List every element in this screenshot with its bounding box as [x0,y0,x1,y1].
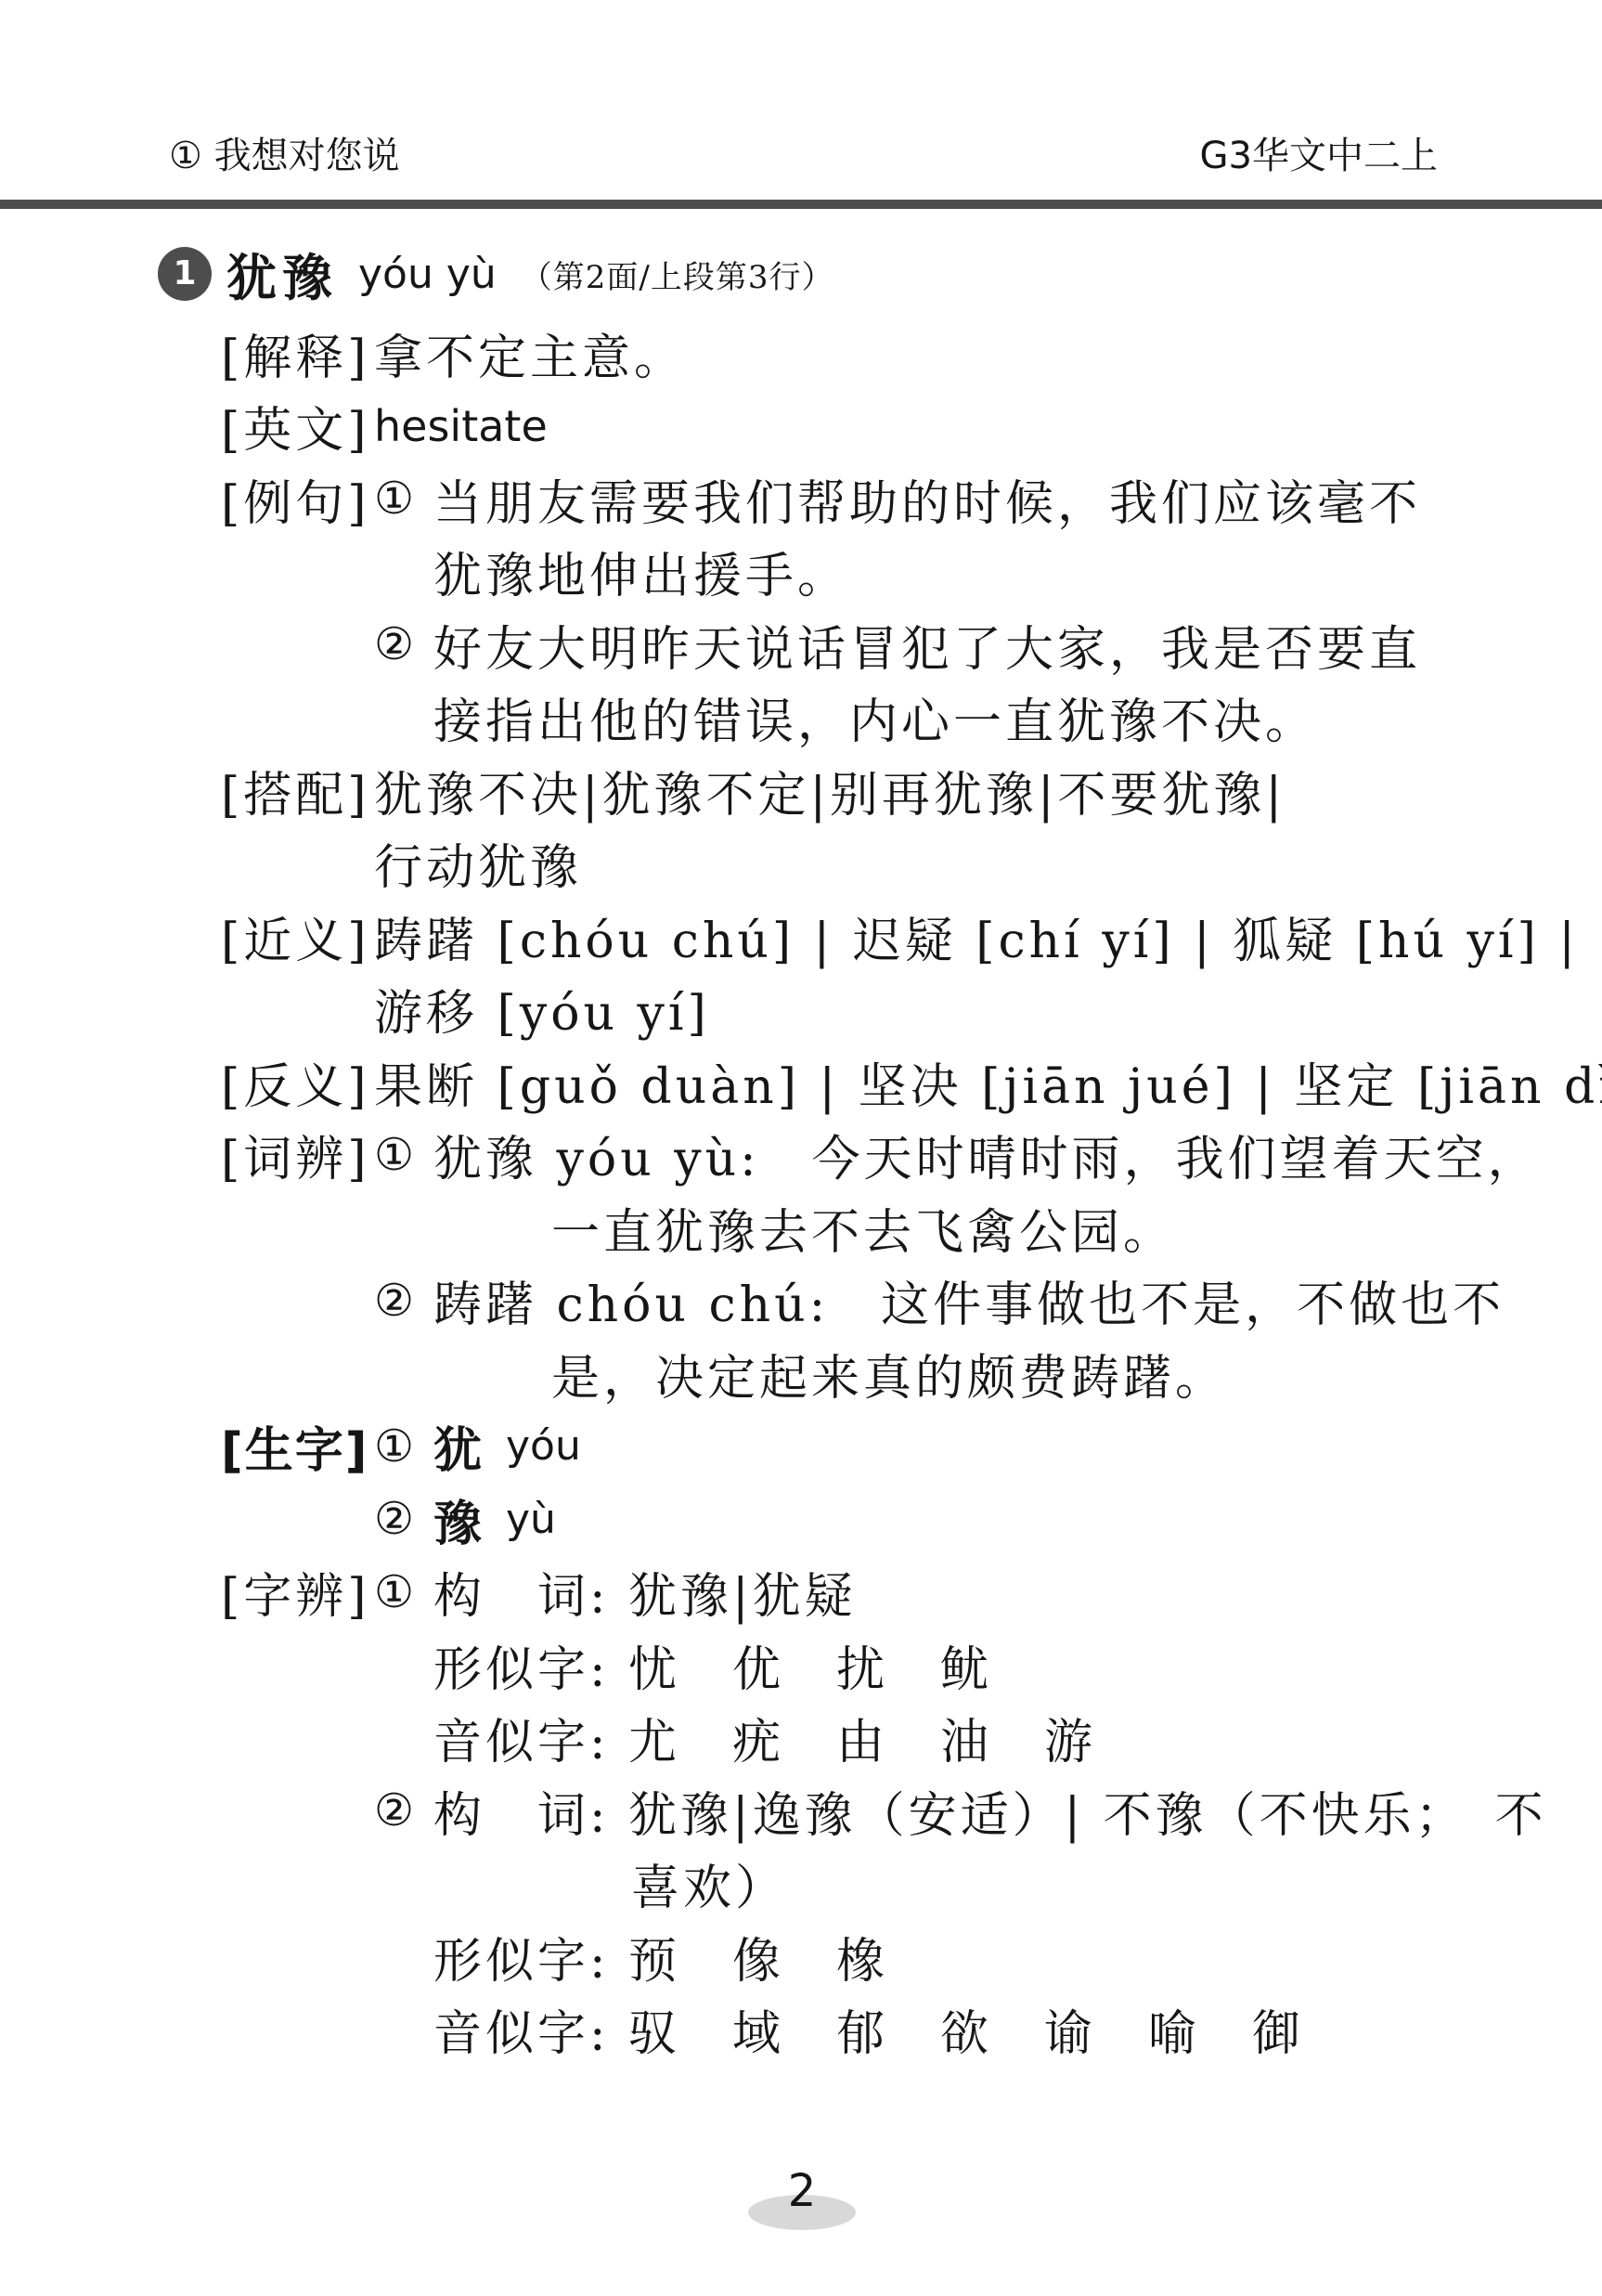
row-text: 行动犹豫 [374,828,582,898]
row-label: [搭配] [221,756,374,825]
new-character: 犹 [433,1411,485,1481]
entry-row: ②踌躇 chóu chú: 这件事做也不是，不做也不 [0,1265,1602,1338]
entry-row: 犹豫地伸出援手。 [0,536,1602,609]
row-text: 当朋友需要我们帮助的时候，我们应该毫不 [433,464,1421,534]
row-text: 踌躇 chóu chú: 这件事做也不是，不做也不 [433,1265,1505,1335]
entry-row: [生字]①犹yóu [0,1410,1602,1484]
entry-row: [搭配]犹豫不决|犹豫不定|别再犹豫|不要犹豫| [0,754,1602,827]
row-text: hesitate [374,401,548,451]
item-number: ① [374,473,433,525]
entry-row: [字辨]①构 词: 犹豫|犹疑 [0,1556,1602,1629]
row-text: 犹豫地伸出援手。 [433,537,849,606]
entry-number-badge: 1 [158,247,212,301]
row-text: 音似字: 尤 疣 由 油 游 [433,1703,1096,1772]
row-label: [生字] [221,1411,374,1481]
row-text: 形似字: 忧 优 扰 鱿 [433,1630,992,1700]
entry-row: 游移 [yóu yí] [0,973,1602,1046]
item-number: ① [374,1129,433,1181]
entry-row: 是，决定起来真的颇费踌躇。 [0,1337,1602,1410]
row-text: 拿不定主意。 [374,318,686,388]
new-character: 豫 [433,1485,485,1554]
entry-row: [英文]hesitate [0,390,1602,463]
item-number: ① [374,1566,433,1618]
row-label: [近义] [221,902,374,971]
row-label: [解释] [221,318,374,388]
entry-row: [例句]①当朋友需要我们帮助的时候，我们应该毫不 [0,462,1602,536]
row-text: 犹豫 yóu yù: 今天时晴时雨，我们望着天空， [433,1120,1540,1189]
item-number: ② [374,1493,433,1545]
header-rule [0,200,1602,209]
entry-pinyin: yóu yù [358,251,497,298]
entry-row: 行动犹豫 [0,827,1602,901]
item-number: ① [374,1420,433,1472]
row-label: [英文] [221,391,374,460]
entry-number: 1 [173,257,196,291]
row-text: 一直犹豫去不去飞禽公园。 [551,1193,1175,1263]
header-book-title: G3华文中二上 [1200,126,1438,179]
entry-body: [解释]拿不定主意。[英文]hesitate[例句]①当朋友需要我们帮助的时候，… [0,317,1602,2066]
entry-row: ②豫yù [0,1483,1602,1556]
entry-row: [反义]果断 [guǒ duàn] | 坚决 [jiān jué] | 坚定 [… [0,1045,1602,1119]
entry-row: 一直犹豫去不去飞禽公园。 [0,1191,1602,1265]
entry-row: 接指出他的错误，内心一直犹豫不决。 [0,681,1602,755]
row-text: 构 词: 犹豫|逸豫（安适）| 不豫（不快乐； 不 [433,1776,1547,1846]
entry-row: 喜欢） [0,1848,1602,1921]
row-label: [例句] [221,464,374,534]
row-text: 形似字: 预 像 橡 [433,1922,888,1991]
row-text: 音似字: 驭 域 郁 欲 谕 喻 御 [433,1994,1304,2064]
entry-word: 犹豫 [226,239,338,310]
textbook-page: ① 我想对您说 G3华文中二上 1 犹豫 yóu yù （第2面/上段第3行） … [0,0,1602,2296]
header-lesson-title: ① 我想对您说 [169,126,400,179]
item-number: ② [374,1784,433,1836]
entry-row: ②好友大明昨天说话冒犯了大家，我是否要直 [0,608,1602,681]
entry-row: 音似字: 驭 域 郁 欲 谕 喻 御 [0,1993,1602,2067]
row-text: 喜欢） [631,1848,787,1918]
entry-row: 音似字: 尤 疣 由 油 游 [0,1702,1602,1775]
row-text: 犹豫不决|犹豫不定|别再犹豫|不要犹豫| [374,756,1285,825]
entry-row: [解释]拿不定主意。 [0,317,1602,390]
row-text: 游移 [yóu yí] [374,974,710,1044]
new-character-pinyin: yù [506,1496,556,1543]
entry-row: 形似字: 预 像 橡 [0,1920,1602,1993]
page-header: ① 我想对您说 G3华文中二上 [169,126,1438,179]
item-number: ② [374,1275,433,1327]
row-text: 好友大明昨天说话冒犯了大家，我是否要直 [433,610,1421,680]
row-label: [词辨] [221,1120,374,1189]
row-label: [反义] [221,1047,374,1117]
entry-row: [近义]踌躇 [chóu chú] | 迟疑 [chí yí] | 狐疑 [hú… [0,900,1602,973]
row-text: 是，决定起来真的颇费踌躇。 [551,1339,1227,1408]
row-text: 果断 [guǒ duàn] | 坚决 [jiān jué] | 坚定 [jiān… [374,1047,1602,1117]
entry-location: （第2面/上段第3行） [521,252,834,297]
row-label: [字辨] [221,1557,374,1627]
entry-row: [词辨]①犹豫 yóu yù: 今天时晴时雨，我们望着天空， [0,1119,1602,1192]
row-text: 构 词: 犹豫|犹疑 [433,1557,857,1627]
entry-row: ②构 词: 犹豫|逸豫（安适）| 不豫（不快乐； 不 [0,1774,1602,1848]
page-number: 2 [748,2169,856,2213]
item-number: ② [374,618,433,670]
entry-row: 形似字: 忧 优 扰 鱿 [0,1628,1602,1702]
row-text: 踌躇 [chóu chú] | 迟疑 [chí yí] | 狐疑 [hú yí]… [374,902,1579,971]
row-text: 接指出他的错误，内心一直犹豫不决。 [433,682,1317,752]
entry-heading: 1 犹豫 yóu yù （第2面/上段第3行） [158,243,833,305]
new-character-pinyin: yóu [506,1422,581,1470]
